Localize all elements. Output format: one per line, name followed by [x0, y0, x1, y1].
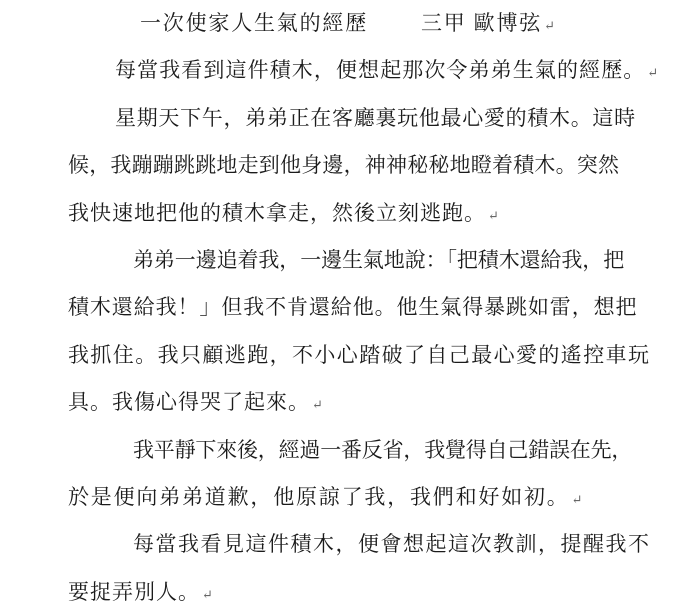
- body-line: 候，我蹦蹦跳跳地走到他身邊，神神秘秘地瞪着積木。突然: [68, 142, 696, 189]
- line-text: 我平靜下來後，經過一番反省，我覺得自己錯誤在先，: [133, 438, 632, 462]
- line-text: 具。我傷心得哭了起來。: [68, 390, 310, 414]
- body-line: 要捉弄別人。↵: [68, 569, 696, 616]
- body-line: 每當我看到這件積木，便想起那次令弟弟生氣的經歷。↵: [68, 47, 696, 94]
- line-text: 弟弟一邊追着我，一邊生氣地說：「把積木還給我，把: [133, 248, 624, 272]
- line-text: 我快速地把他的積木拿走，然後立刻逃跑。: [68, 201, 486, 225]
- paragraph-mark-icon: ↵: [572, 492, 583, 507]
- paragraph-mark-icon: ↵: [488, 208, 499, 223]
- document-page: 一次使家人生氣的經歷三甲 歐博弦↵ 每當我看到這件積木，便想起那次令弟弟生氣的經…: [0, 0, 696, 616]
- body-line: 我抓住。我只顧逃跑，不小心踏破了自己最心愛的遙控車玩: [68, 332, 696, 379]
- title-line: 一次使家人生氣的經歷三甲 歐博弦↵: [68, 0, 696, 47]
- body-line: 每當我看見這件積木，便會想起這次教訓，提醒我不: [68, 521, 696, 568]
- line-text: 每當我看見這件積木，便會想起這次教訓，提醒我不: [133, 532, 651, 556]
- paragraph-mark-icon: ↵: [544, 18, 555, 33]
- body-line: 弟弟一邊追着我，一邊生氣地說：「把積木還給我，把: [68, 237, 696, 284]
- line-text: 星期天下午，弟弟正在客廳裏玩他最心愛的積木。這時: [115, 106, 636, 130]
- body-line: 積木還給我！」但我不肯還給他。他生氣得暴跳如雷，想把: [68, 284, 696, 331]
- paragraph-mark-icon: ↵: [647, 65, 658, 80]
- line-text: 每當我看到這件積木，便想起那次令弟弟生氣的經歷。: [115, 58, 645, 82]
- body-line: 星期天下午，弟弟正在客廳裏玩他最心愛的積木。這時: [68, 95, 696, 142]
- body-line: 我快速地把他的積木拿走，然後立刻逃跑。↵: [68, 190, 696, 237]
- body-line: 於是便向弟弟道歉，他原諒了我，我們和好如初。↵: [68, 474, 696, 521]
- line-text: 要捉弄別人。: [68, 580, 200, 604]
- paragraph-mark-icon: ↵: [312, 397, 323, 412]
- line-text: 我抓住。我只顧逃跑，不小心踏破了自己最心愛的遙控車玩: [68, 343, 650, 367]
- document-title: 一次使家人生氣的經歷: [140, 11, 368, 35]
- body-line: 具。我傷心得哭了起來。↵: [68, 379, 696, 426]
- body-line: 我平靜下來後，經過一番反省，我覺得自己錯誤在先，: [68, 427, 696, 474]
- document-author: 三甲 歐博弦: [421, 11, 542, 35]
- line-text: 候，我蹦蹦跳跳地走到他身邊，神神秘秘地瞪着積木。突然: [68, 153, 619, 177]
- line-text: 於是便向弟弟道歉，他原諒了我，我們和好如初。: [68, 485, 570, 509]
- paragraph-mark-icon: ↵: [202, 587, 213, 602]
- line-text: 積木還給我！」但我不肯還給他。他生氣得暴跳如雷，想把: [68, 295, 637, 319]
